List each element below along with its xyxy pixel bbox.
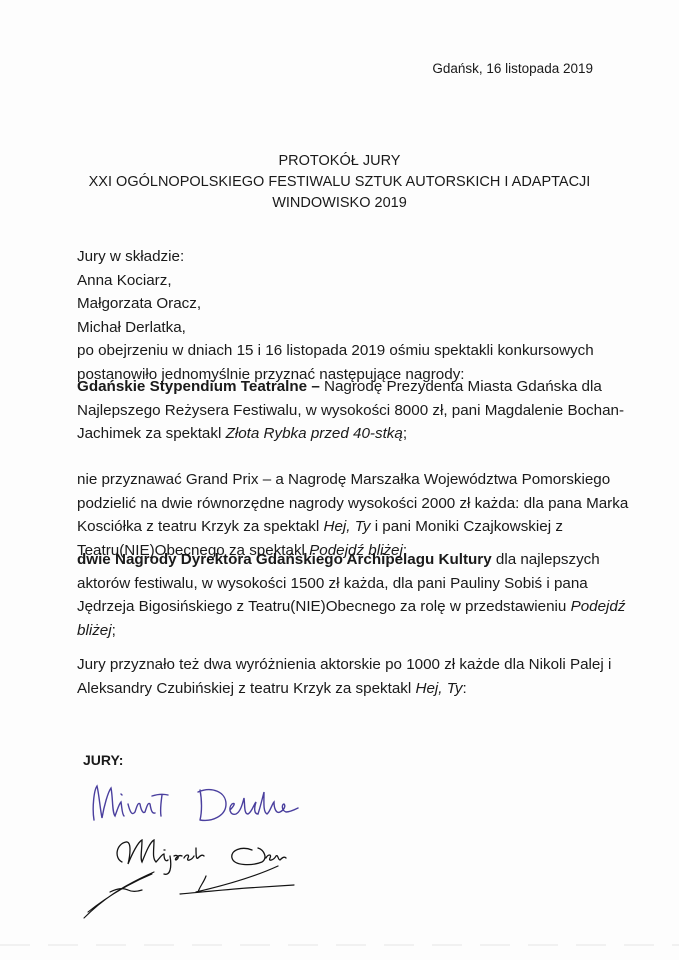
award-title: Gdańskie Stypendium Teatralne –: [77, 378, 320, 395]
title-line-2: XXI OGÓLNOPOLSKIEGO FESTIWALU SZTUK AUTO…: [0, 172, 679, 193]
jury-intro: Jury w składzie: Anna Kociarz, Małgorzat…: [77, 245, 647, 386]
award-paragraph-4: Jury przyznało też dwa wyróżnienia aktor…: [77, 653, 647, 700]
award-title: dwie Nagrody Dyrektora Gdańskiego Archip…: [77, 551, 492, 568]
signature-kociarz: [72, 860, 312, 920]
play-title: Hej, Ty: [323, 518, 370, 535]
jury-member: Małgorzata Oracz,: [77, 292, 647, 316]
place-date: Gdańsk, 16 listopada 2019: [432, 61, 593, 76]
jury-heading: Jury w składzie:: [77, 245, 647, 269]
award-paragraph-1: Gdańskie Stypendium Teatralne – Nagrodę …: [77, 375, 647, 446]
document-title: PROTOKÓŁ JURY XXI OGÓLNOPOLSKIEGO FESTIW…: [0, 151, 679, 214]
jury-member: Michał Derlatka,: [77, 316, 647, 340]
play-title: Złota Rybka przed 40-stką: [226, 425, 403, 442]
jury-label: JURY:: [83, 752, 123, 768]
play-title: Hej, Ty: [415, 680, 462, 697]
award-text: Jury przyznało też dwa wyróżnienia aktor…: [77, 656, 611, 697]
intro-line: po obejrzeniu w dniach 15 i 16 listopada…: [77, 339, 647, 363]
punctuation: ;: [403, 425, 407, 442]
punctuation: ;: [112, 622, 116, 639]
scan-artifact-line: [0, 944, 679, 946]
jury-member: Anna Kociarz,: [77, 269, 647, 293]
title-line-3: WINDOWISKO 2019: [0, 193, 679, 214]
title-line-1: PROTOKÓŁ JURY: [0, 151, 679, 172]
award-paragraph-3: dwie Nagrody Dyrektora Gdańskiego Archip…: [77, 548, 647, 642]
punctuation: :: [462, 680, 466, 697]
document-page: Gdańsk, 16 listopada 2019 PROTOKÓŁ JURY …: [0, 0, 679, 960]
signature-derlatka: [88, 778, 318, 828]
